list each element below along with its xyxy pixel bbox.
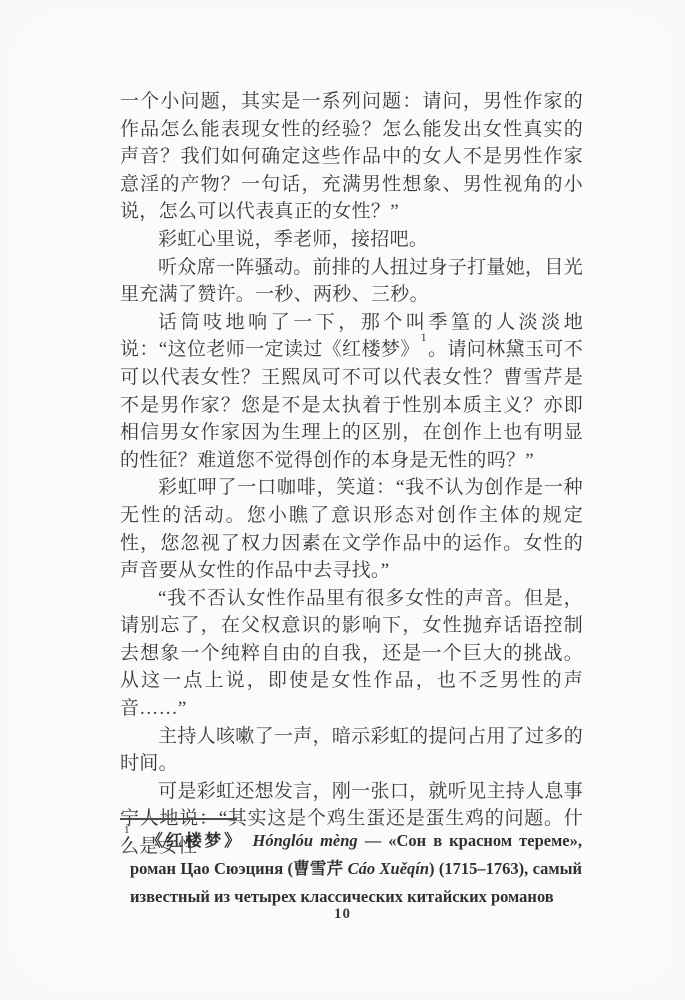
footnote-book-title-pinyin: Hónglóu mèng — [253, 831, 358, 850]
paragraph-continuation: 一个小问题，其实是一系列问题：请问，男性作家的作品怎么能表现女性的经验？怎么能发… — [120, 88, 583, 226]
footnote-divider — [120, 818, 237, 820]
footnote-author-cjk: 曹雪芹 — [293, 859, 343, 878]
footnote-marker: 1 — [124, 824, 130, 836]
paragraph-with-footnote-ref: 话筒吱地响了一下，那个叫季篁的人淡淡地说：“这位老师一定读过《红楼梦》1。请问林… — [120, 309, 583, 475]
page-body: 一个小问题，其实是一系列问题：请问，男性作家的作品怎么能表现女性的经验？怎么能发… — [120, 88, 583, 861]
book-page: 一个小问题，其实是一系列问题：请问，男性作家的作品怎么能表现女性的经验？怎么能发… — [0, 0, 685, 1000]
paragraph: 主持人咳嗽了一声，暗示彩虹的提问占用了过多的时间。 — [120, 723, 583, 778]
paragraph: 彩虹心里说，季老师，接招吧。 — [120, 226, 583, 254]
footnote-author-pinyin: Cáo Xuěqín — [343, 859, 429, 878]
footnote: 1《红楼梦》Hónglóu mèng — «Сон в красном тере… — [130, 827, 582, 911]
footnote-book-title-cjk: 《红楼梦》 — [144, 831, 244, 850]
footnote-reference: 1 — [420, 330, 428, 344]
paragraph: “我不否认女性作品里有很多女性的声音。但是，请别忘了，在父权意识的影响下，女性抛… — [120, 585, 583, 723]
paragraph: 彩虹呷了一口咖啡，笑道：“我不认为创作是一种无性的活动。您小瞧了意识形态对创作主… — [120, 474, 583, 584]
paragraph: 听众席一阵骚动。前排的人扭过身子打量她，目光里充满了赞许。一秒、两秒、三秒。 — [120, 254, 583, 309]
page-number: 10 — [0, 906, 685, 923]
